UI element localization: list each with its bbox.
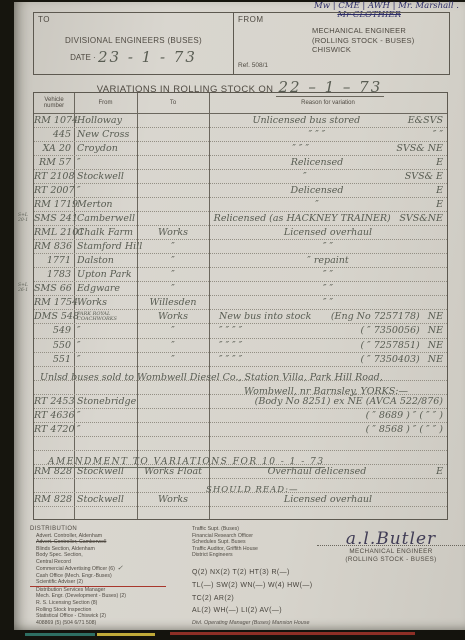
to-label: TO <box>38 15 50 24</box>
to-cell: Willesden <box>137 297 209 308</box>
variation-code: E <box>429 466 443 477</box>
table-header: Vehicle number From To Reason for variat… <box>34 93 447 114</box>
from-line3: CHISWICK <box>312 45 351 54</box>
reason-cell: ″ ″ <box>209 283 447 294</box>
reason-cell: Licensed overhaul <box>209 227 447 238</box>
variation-code: SVS&NE <box>399 213 443 224</box>
vehicle-number-cell: RT 2453 <box>34 396 74 407</box>
from-cell: Camberwell <box>74 213 137 224</box>
to-cell: Works Float <box>137 466 209 477</box>
from-cell: ″ <box>74 424 137 435</box>
table-row: RM 1719Merton″E <box>34 198 447 212</box>
bottom-line: Divl. Operating Manager (Buses) Mansion … <box>192 620 309 626</box>
table-row: RT 4636″( ″ 8689 ) ″ ( ″ ″ ) <box>34 409 447 423</box>
variation-code: NE <box>428 354 443 365</box>
date-label: DATE · <box>70 53 96 62</box>
to-cell: ″ <box>137 255 209 266</box>
reason-text: ″ <box>213 199 421 210</box>
from-cell: Works <box>74 297 137 308</box>
reason-text: ″ ″ ″ ″ <box>213 325 360 336</box>
from-box: FROM MECHANICAL ENGINEER (ROLLING STOCK … <box>233 12 450 75</box>
reason-text: ″ ″ <box>213 241 443 252</box>
reason-cell: ″ ″ <box>209 297 447 308</box>
to-cell: ″ <box>137 283 209 294</box>
reason-detail: ( ″ 7350056) <box>360 325 419 336</box>
scan-edge-bottom <box>0 630 465 640</box>
vehicle-number-cell: RM 836 <box>34 241 74 252</box>
scan-artifact-yellow <box>97 633 155 636</box>
reason-cell: Relicensed (as HACKNEY TRAINER)SVS&NE <box>209 213 447 224</box>
vehicle-number-cell: SMS 241 <box>34 213 74 224</box>
table-row: RT 2453Stonebridge(Body No 8251) ex NE (… <box>34 395 447 409</box>
reason-cell: ″ ″ <box>209 241 447 252</box>
from-cell: ″ <box>74 157 137 168</box>
table-row: RM 1754WorksWillesden″ ″ <box>34 296 447 310</box>
table-row: 550″″″ ″ ″ ″( ″ 7257851)NE <box>34 339 447 353</box>
handwritten-tick-mark: ✓ <box>115 564 123 572</box>
vehicle-number-cell: RM 1719 <box>34 199 74 210</box>
to-value: DIVISIONAL ENGINEERS (BUSES) <box>34 36 233 45</box>
reason-text: ″ repaint <box>213 255 443 266</box>
reason-text: ″ ″ <box>213 269 443 280</box>
reason-cell: ″SVS& E <box>209 171 447 182</box>
from-cell: ″ <box>74 325 137 336</box>
column-header-vehicle: Vehicle number <box>34 97 74 110</box>
signature-block: a.l.Butler MECHANICAL ENGINEER (ROLLING … <box>317 529 465 563</box>
reason-detail: (Body No 8251) ex NE (AVCA 522/876) <box>255 396 443 407</box>
from-cell: Stockwell <box>74 171 137 182</box>
reason-detail: (Eng No 7257178) <box>331 311 420 322</box>
scanned-form: Mw | CME | AWH | Mr. Marshall . Mr CLOTH… <box>14 2 465 630</box>
from-cell: ″ <box>74 340 137 351</box>
reason-cell: DelicensedE <box>209 185 447 196</box>
from-cell: New Cross <box>74 129 137 140</box>
table-row: 1771Dalston″″ repaint <box>34 254 447 268</box>
table-row: 549″″″ ″ ″ ″( ″ 7350056)NE <box>34 324 447 338</box>
reason-detail: ( ″ 7350403) <box>360 354 419 365</box>
garage-code-line: TC(2) AR(2) <box>192 593 342 606</box>
garage-code-line: AL(2) WH(—) LI(2) AV(—) <box>192 605 342 618</box>
from-cell: Upton Park <box>74 269 137 280</box>
variation-code: E <box>429 185 443 196</box>
vehicle-number-cell: 551 <box>34 354 74 365</box>
table-row: RM 1074HollowayUnlicensed bus storedE&SV… <box>34 114 447 128</box>
vehicle-number-cell: RML 2101 <box>34 227 74 238</box>
from-address: MECHANICAL ENGINEER (ROLLING STOCK - BUS… <box>312 26 414 55</box>
from-cell: Stockwell <box>74 494 137 505</box>
vehicle-number-cell: DMS 548 <box>34 311 74 322</box>
vehicle-number-cell: 1783 <box>34 269 74 280</box>
table-row: RT 4720″( ″ 8568 ) ″ ( ″ ″ ) <box>34 423 447 437</box>
reason-cell: ″ ″ ″″ ″ <box>209 129 447 140</box>
reason-cell: ″ ″ ″SVS& NE <box>209 143 447 154</box>
from-cell: PARK ROYAL COACHWORKS <box>74 311 137 323</box>
table-row: RM 836Stamford Hill″″ ″ <box>34 240 447 254</box>
reason-text: ″ ″ ″ <box>213 143 388 154</box>
table-row: 1783Upton Park″″ ″ <box>34 268 447 282</box>
reason-text: Licensed overhaul <box>213 494 443 505</box>
table-row: RT 2108Stockwell″SVS& E <box>34 170 447 184</box>
reason-cell: Unlicensed bus storedE&SVS <box>209 115 447 126</box>
from-cell: Edgware <box>74 283 137 294</box>
table-row: Unlsd buses sold to Wombwell Diesel Co.,… <box>34 367 447 381</box>
vehicle-number-cell: RM 1754 <box>34 297 74 308</box>
vehicle-number-cell: RM 828 <box>34 466 74 477</box>
reason-detail: ( ″ 8568 ) ″ ( ″ ″ ) <box>366 424 443 435</box>
variation-code: SVS& NE <box>396 143 443 154</box>
date-value: 23 - 1 - 73 <box>98 48 197 66</box>
reason-cell: ″ ″ ″ ″( ″ 7350056)NE <box>209 325 447 336</box>
table-row: SHOULD READ:— <box>34 479 447 493</box>
from-cell: Merton <box>74 199 137 210</box>
garage-code-line: TL(—) SW(2) WN(—) W(4) HW(—) <box>192 580 342 593</box>
from-label: FROM <box>238 15 264 24</box>
column-header-from: From <box>74 100 137 107</box>
distribution-list: DISTRIBUTION Advert. Controller, Aldenha… <box>30 526 186 626</box>
variation-code: NE <box>428 340 443 351</box>
from-cell: Dalston <box>74 255 137 266</box>
vehicle-number-cell: 550 <box>34 340 74 351</box>
scan-artifact-teal <box>25 633 95 636</box>
reason-text: ″ ″ ″ ″ <box>213 340 360 351</box>
from-cell: ″ <box>74 410 137 421</box>
from-cell: Stonebridge <box>74 396 137 407</box>
table-row: RM 828StockwellWorks FloatOverhaul delic… <box>34 465 447 479</box>
variation-code: SVS& E <box>405 171 443 182</box>
variation-code: E <box>429 199 443 210</box>
table-row: 445New Cross″ ″ ″″ ″ <box>34 128 447 142</box>
from-cell: ″ <box>74 185 137 196</box>
reason-cell: ( ″ 8568 ) ″ ( ″ ″ ) <box>209 424 447 435</box>
table-row: RT 2007″DelicensedE <box>34 184 447 198</box>
ref-number: Ref. 508/1 <box>238 62 268 69</box>
recipients-list: Traffic Supt. (Buses)Financial Research … <box>192 526 312 559</box>
reason-cell: Licensed overhaul <box>209 494 447 505</box>
vehicle-number-cell: 1771 <box>34 255 74 266</box>
from-cell: ″ <box>74 354 137 365</box>
to-cell: ″ <box>137 354 209 365</box>
recipient-item: District Engineers <box>192 552 312 559</box>
distribution-item: Scientific Adviser (2) <box>30 579 166 587</box>
from-cell: Chalk Farm <box>74 227 137 238</box>
vehicle-number-cell: 549 <box>34 325 74 336</box>
table-row: RM 57″RelicensedE <box>34 156 447 170</box>
vehicle-number-cell: XA 20 <box>34 143 74 154</box>
vehicle-number-cell: 445 <box>34 129 74 140</box>
variations-table: Vehicle number From To Reason for variat… <box>33 92 448 520</box>
reason-cell: ″ repaint <box>209 255 447 266</box>
from-cell: Croydon <box>74 143 137 154</box>
reason-text: Unlicensed bus stored <box>213 115 400 126</box>
reason-text: New bus into stock <box>213 311 331 322</box>
from-cell: Stamford Hill <box>74 241 137 252</box>
variation-code: ″ ″ <box>429 129 443 140</box>
reason-text: ″ ″ ″ ″ <box>213 354 360 365</box>
vehicle-number-cell: RM 57 <box>34 157 74 168</box>
vehicle-number-cell: SMS 66 <box>34 283 74 294</box>
table-row: DMS 548PARK ROYAL COACHWORKSWorksNew bus… <box>34 310 447 324</box>
date-line: DATE · 23 - 1 - 73 <box>34 48 233 66</box>
reason-detail: ( ″ 7257851) <box>360 340 419 351</box>
table-row: AMENDMENT TO VARIATIONS FOR 10 - 1 - 73 <box>34 451 447 465</box>
from-cell: Stockwell <box>74 466 137 477</box>
reason-text: ″ ″ ″ <box>213 129 421 140</box>
reason-cell: ( ″ 8689 ) ″ ( ″ ″ ) <box>209 410 447 421</box>
to-cell: Works <box>137 227 209 238</box>
vehicle-number-cell: RT 2007 <box>34 185 74 196</box>
reason-cell: ″ ″ ″ ″( ″ 7350403)NE <box>209 354 447 365</box>
scan-artifact-red <box>170 632 415 635</box>
reason-text: ″ <box>213 171 397 182</box>
table-row: SMS 66Edgware″″ ″S+L 26-1 <box>34 282 447 296</box>
to-box: TO DIVISIONAL ENGINEERS (BUSES) DATE · 2… <box>33 12 233 75</box>
table-row <box>34 507 447 520</box>
reason-cell: (Body No 8251) ex NE (AVCA 522/876) <box>209 396 447 407</box>
table-row: RML 2101Chalk FarmWorksLicensed overhaul <box>34 226 447 240</box>
to-cell: ″ <box>137 241 209 252</box>
from-line2: (ROLLING STOCK - BUSES) <box>312 36 414 45</box>
variation-code: E&SVS <box>408 115 443 126</box>
garage-code-line: Q(2) NX(2) T(2) HT(3) R(—) <box>192 567 342 580</box>
table-body: RM 1074HollowayUnlicensed bus storedE&SV… <box>34 114 447 520</box>
vehicle-number-cell: RM 828 <box>34 494 74 505</box>
reason-text: ″ ″ <box>213 297 443 308</box>
table-row: Wombwell, nr Barnsley, YORKS:— <box>34 381 447 395</box>
vehicle-number-cell: RM 1074 <box>34 115 74 126</box>
reason-text: Delicensed <box>213 185 421 196</box>
reason-text: Relicensed <box>213 157 421 168</box>
reason-text: Relicensed (as HACKNEY TRAINER) <box>213 213 391 224</box>
vehicle-number-cell: RT 4720 <box>34 424 74 435</box>
to-cell: Works <box>137 311 209 322</box>
column-header-reason: Reason for variation <box>209 100 447 107</box>
reason-text: Licensed overhaul <box>213 227 443 238</box>
from-cell: Holloway <box>74 115 137 126</box>
distribution-item: Commercial Advertising Officer (6) ✓ <box>30 565 186 573</box>
to-cell: ″ <box>137 340 209 351</box>
table-row <box>34 437 447 451</box>
to-cell: Works <box>137 494 209 505</box>
reason-text: ″ ″ <box>213 283 443 294</box>
reason-detail: ( ″ 8689 ) ″ ( ″ ″ ) <box>366 410 443 421</box>
reason-cell: RelicensedE <box>209 157 447 168</box>
variation-code: E <box>429 157 443 168</box>
reason-cell: New bus into stock(Eng No 7257178)NE <box>209 311 447 322</box>
signature: a.l.Butler <box>317 529 465 549</box>
margin-pencil-note: S+L 20-1 <box>18 213 28 223</box>
vehicle-number-cell: RT 4636 <box>34 410 74 421</box>
table-row: RM 828StockwellWorksLicensed overhaul <box>34 493 447 507</box>
to-cell: ″ <box>137 269 209 280</box>
table-row: XA 20Croydon″ ″ ″SVS& NE <box>34 142 447 156</box>
signature-title2: (ROLLING STOCK - BUSES) <box>317 556 465 564</box>
variation-code: NE <box>428 325 443 336</box>
garage-code-lines: Q(2) NX(2) T(2) HT(3) R(—)TL(—) SW(2) WN… <box>192 567 342 618</box>
table-row: SMS 241CamberwellRelicensed (as HACKNEY … <box>34 212 447 226</box>
reason-text: Overhaul delicensed <box>213 466 421 477</box>
signature-title1: MECHANICAL ENGINEER <box>317 548 465 556</box>
reason-cell: ″ ″ <box>209 269 447 280</box>
reason-cell: ″E <box>209 199 447 210</box>
reason-cell: ″ ″ ″ ″( ″ 7257851)NE <box>209 340 447 351</box>
reason-cell: Overhaul delicensedE <box>209 466 447 477</box>
to-cell: ″ <box>137 325 209 336</box>
vehicle-number-cell: RT 2108 <box>34 171 74 182</box>
distribution-item: 408869 (5) (504 6/71 508) <box>30 620 186 627</box>
from-line1: MECHANICAL ENGINEER <box>312 26 406 35</box>
margin-pencil-note: S+L 26-1 <box>18 283 28 293</box>
variation-code: NE <box>428 311 443 322</box>
column-header-to: To <box>137 100 209 107</box>
table-row: 551″″″ ″ ″ ″( ″ 7350403)NE <box>34 353 447 367</box>
